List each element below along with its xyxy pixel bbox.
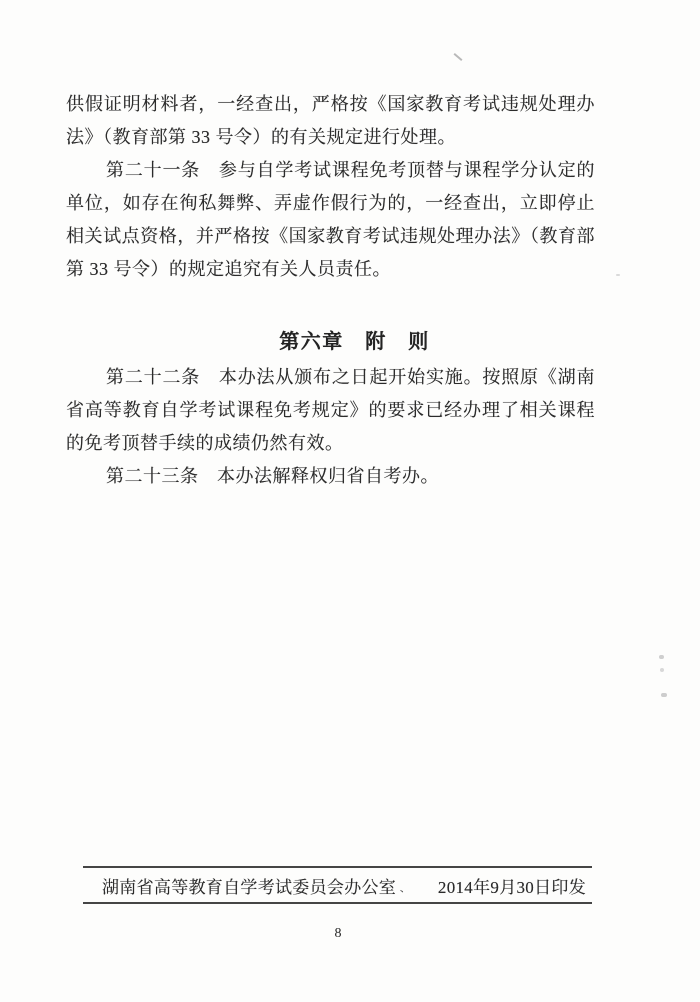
body-line: 第二十三条 本办法解释权归省自考办。 [66,460,595,493]
body-line: 单位，如存在徇私舞弊、弄虚作假行为的，一经查出，立即停止 [66,187,595,220]
document-body: 供假证明材料者，一经查出，严格按《国家教育考试违规处理办 法》（教育部第 33 … [66,88,595,493]
body-line: 第二十一条 参与自学考试课程免考顶替与课程学分认定的 [66,154,595,187]
chapter-heading: 第六章 附 则 [90,326,619,359]
scan-speck [454,53,463,61]
scanned-document-page: 供假证明材料者，一经查出，严格按《国家教育考试违规处理办 法》（教育部第 33 … [0,0,700,1002]
footer-print-date: 2014年9月30日印发 [438,873,586,898]
body-line: 的免考顶替手续的成绩仍然有效。 [66,427,595,460]
ink-blot-mark: 、 [398,878,411,895]
scan-speck [616,274,620,276]
body-line: 第 33 号令）的规定追究有关人员责任。 [66,253,595,286]
body-line: 省高等教育自学考试课程免考规定》的要求已经办理了相关课程 [66,394,595,427]
scan-speck [659,655,664,659]
body-line: 供假证明材料者，一经查出，严格按《国家教育考试违规处理办 [66,88,595,121]
colophon-footer: 湖南省高等教育自学考试委员会办公室 、 2014年9月30日印发 [83,869,592,901]
footer-rule-top [83,866,592,868]
footer-rule-bottom [83,902,592,904]
page-number: 8 [325,926,351,942]
footer-issuer: 湖南省高等教育自学考试委员会办公室 [102,873,396,898]
scan-speck [661,693,667,697]
body-line: 第二十二条 本办法从颁布之日起开始实施。按照原《湖南 [66,361,595,394]
scan-speck [660,668,664,672]
body-line: 法》（教育部第 33 号令）的有关规定进行处理。 [66,121,595,154]
body-line: 相关试点资格，并严格按《国家教育考试违规处理办法》（教育部 [66,220,595,253]
